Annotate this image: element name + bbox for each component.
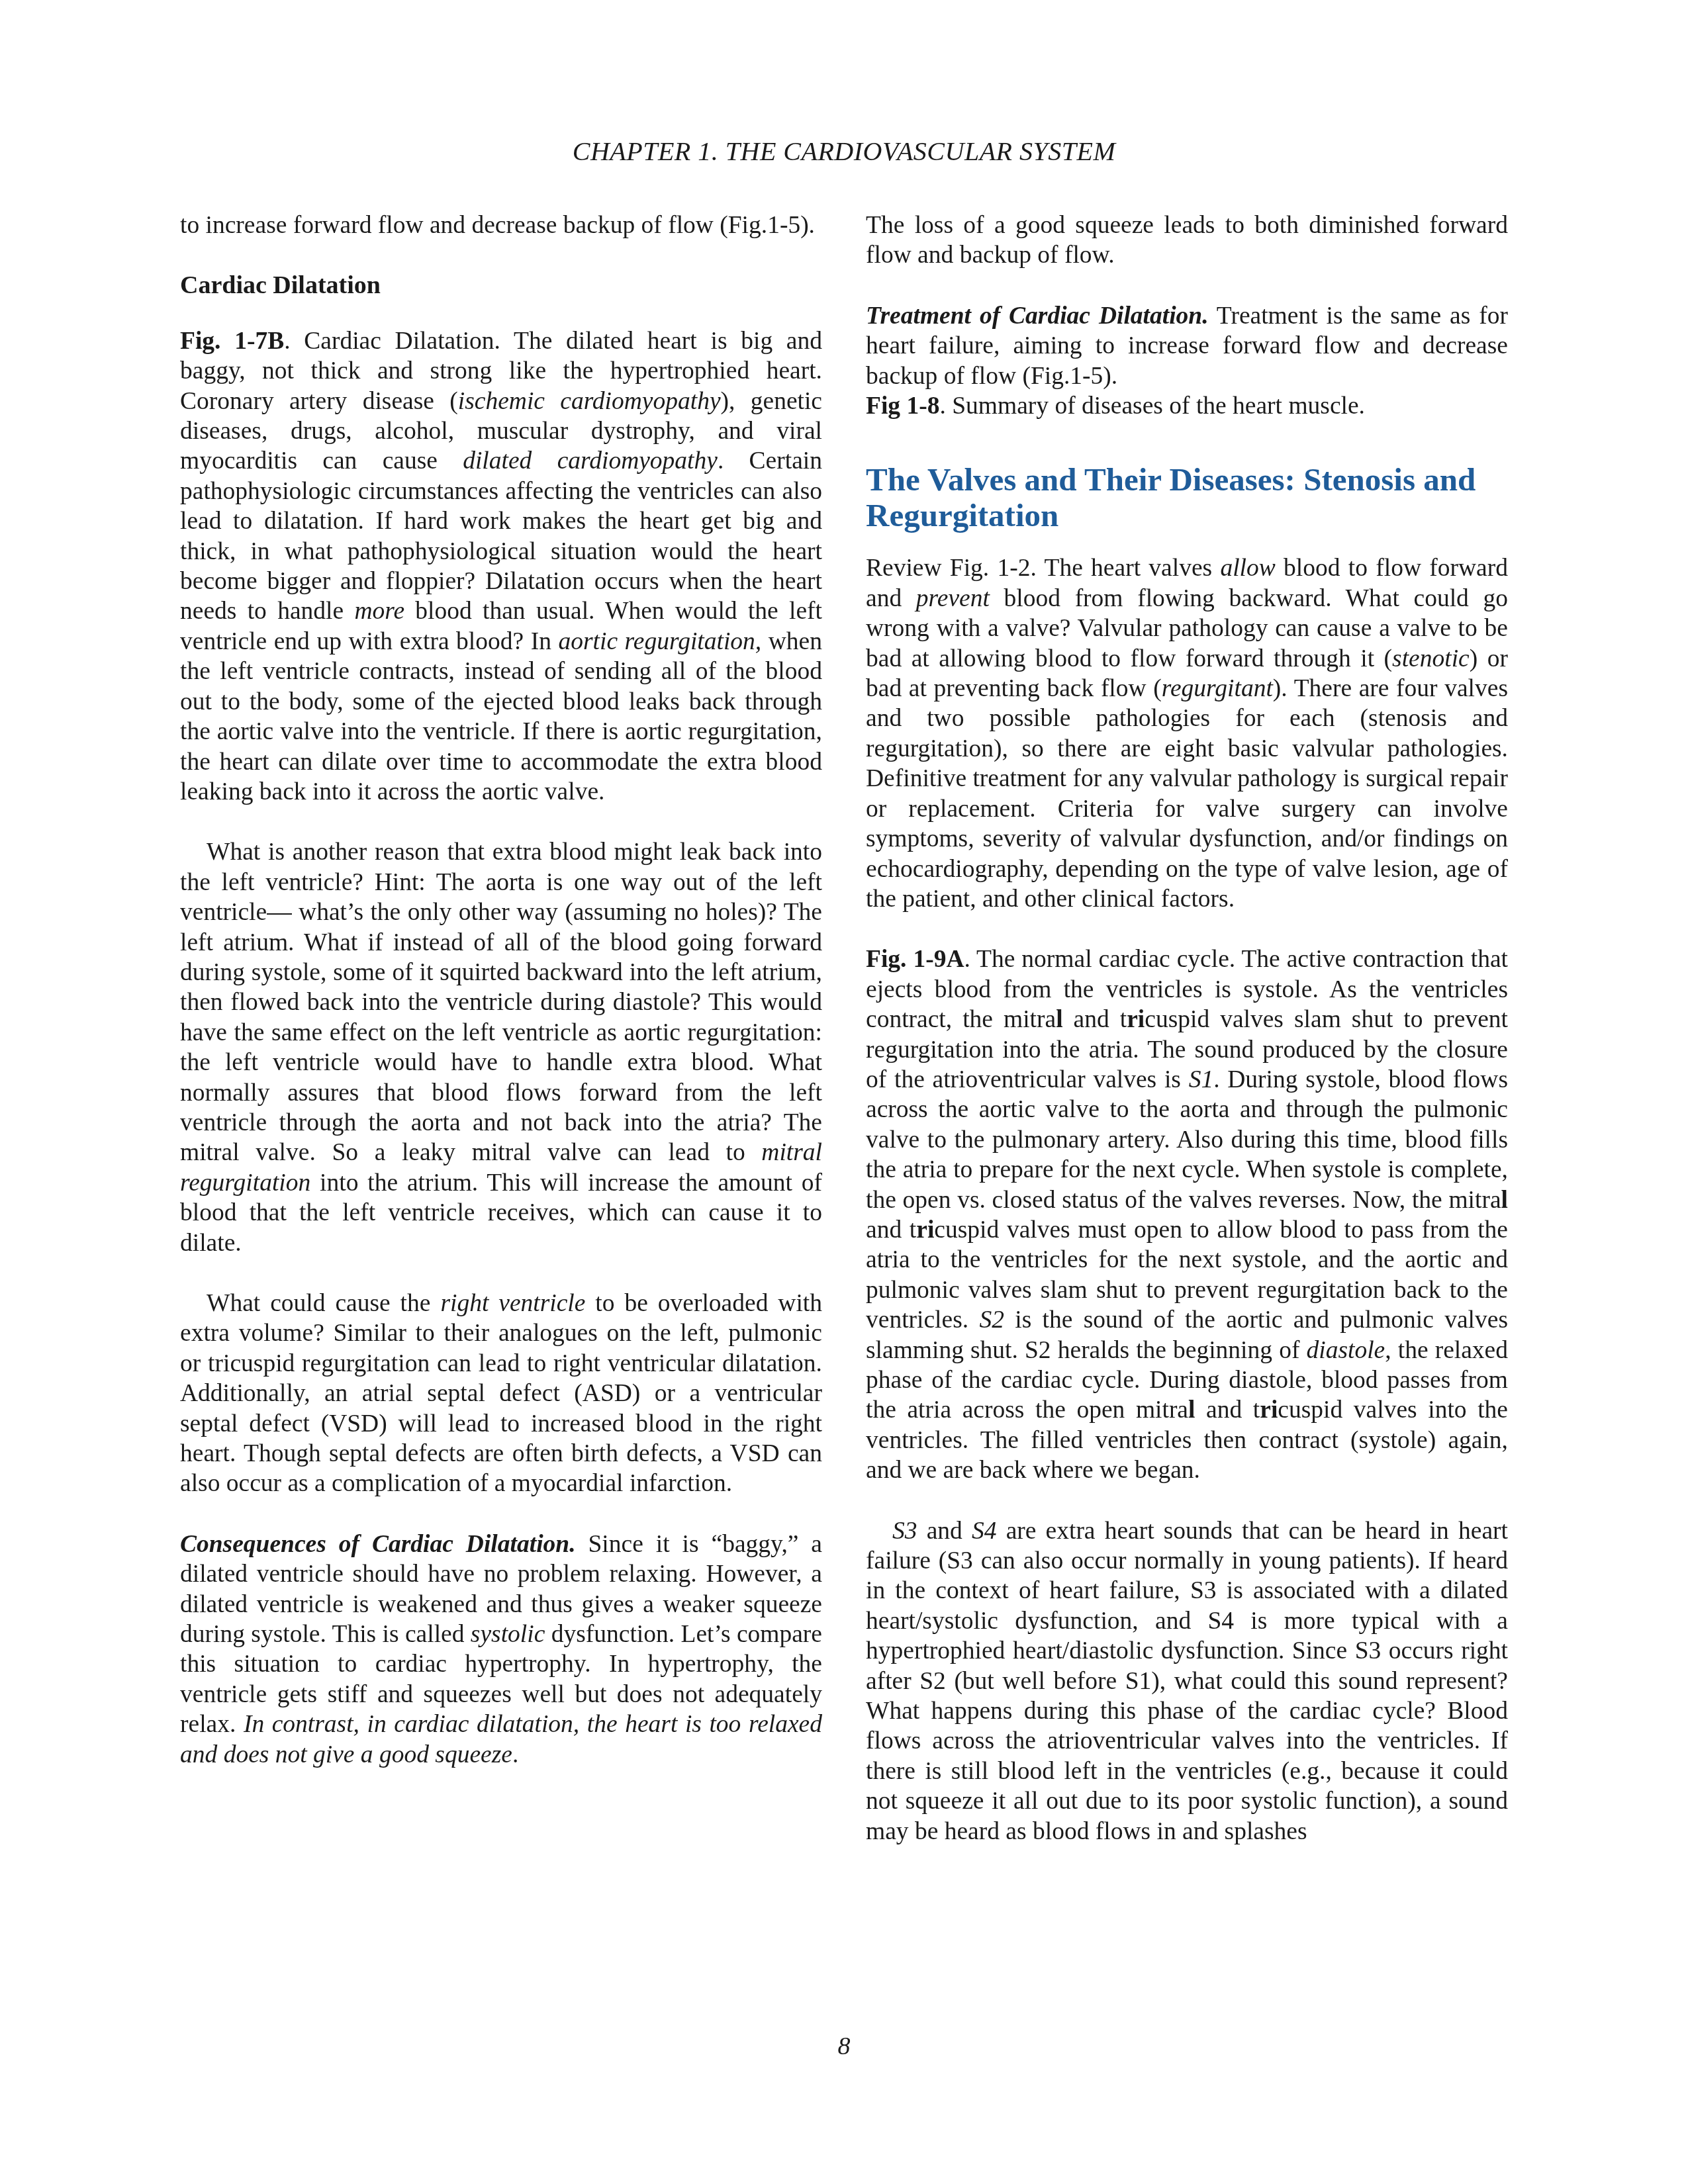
run-in-heading: Treatment of Cardiac Dilatation. — [866, 302, 1209, 330]
paragraph-loss-of-squeeze: The loss of a good squeeze leads to both… — [866, 210, 1508, 271]
running-head: CHAPTER 1. THE CARDIOVASCULAR SYSTEM — [0, 136, 1688, 167]
paragraph-treatment: Treatment of Cardiac Dilatation. Treatme… — [866, 301, 1508, 391]
paragraph-consequences: Consequences of Cardiac Dilatation. Sinc… — [180, 1529, 822, 1770]
figure-reference: Fig. 1-9A — [866, 946, 964, 973]
left-column: to increase forward flow and decrease ba… — [180, 210, 822, 1770]
paragraph-fig-1-7b: Fig. 1-7B. Cardiac Dilatation. The dilat… — [180, 326, 822, 807]
subheading-cardiac-dilatation: Cardiac Dilatation — [180, 271, 822, 300]
section-title: The Valves and Their Diseases: Stenosis … — [866, 462, 1508, 533]
right-column: The loss of a good squeeze leads to both… — [866, 210, 1508, 1846]
paragraph-right-ventricle: What could cause the right ventricle to … — [180, 1289, 822, 1499]
page-number: 8 — [0, 2032, 1688, 2061]
figure-reference: Fig 1-8 — [866, 392, 939, 420]
paragraph-continuation: to increase forward flow and decrease ba… — [180, 210, 822, 240]
paragraph-fig-1-9a: Fig. 1-9A. The normal cardiac cycle. The… — [866, 944, 1508, 1485]
paragraph-s3-s4: S3 and S4 are extra heart sounds that ca… — [866, 1516, 1508, 1846]
paragraph-valves-intro: Review Fig. 1-2. The heart valves allow … — [866, 553, 1508, 914]
paragraph-fig-1-8: Fig 1-8. Summary of diseases of the hear… — [866, 391, 1508, 421]
figure-reference: Fig. 1-7B — [180, 328, 284, 355]
run-in-heading: Consequences of Cardiac Dilatation. — [180, 1531, 576, 1558]
paragraph-mitral-regurgitation: What is another reason that extra blood … — [180, 837, 822, 1258]
